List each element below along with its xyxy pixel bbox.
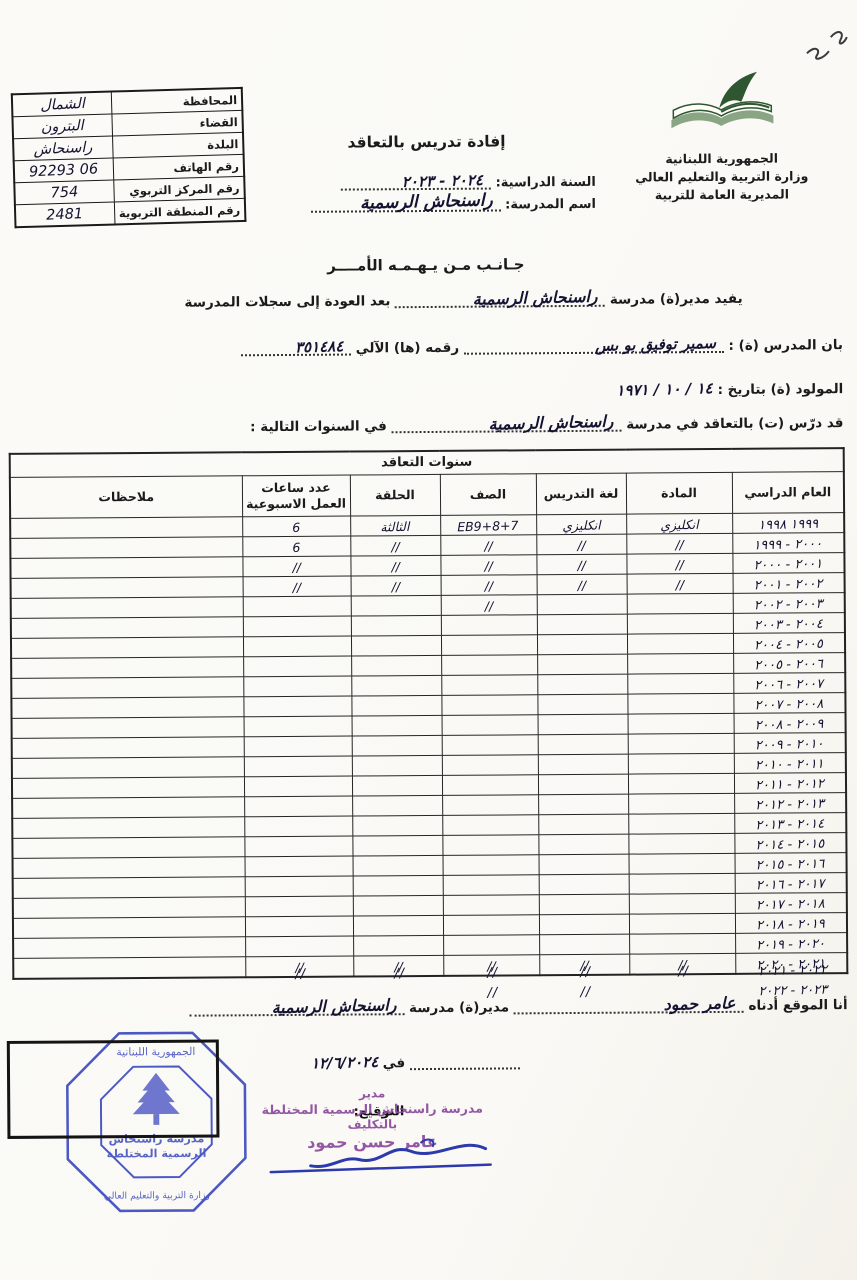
cell-grade: // [440,535,536,556]
cell-grade [443,895,539,916]
info-value: البترون [12,114,112,139]
cell-subject [627,673,733,694]
closing-line: أنا الموقع أدناه عامر حمود مدير(ة) مدرسة… [189,997,847,1018]
closing-school-blank: راسنحاش الرسمية [189,1013,404,1017]
ministry-logo-icon [661,68,782,147]
cell-subject [628,853,734,874]
school-name-label: اسم المدرسة: [505,197,596,213]
p1-prefix: يفيد مدير(ة) مدرسة [610,291,743,308]
cell-language [538,714,628,735]
cell-notes [12,737,244,759]
cell-hours [243,696,351,717]
p4-suffix: في السنوات التالية : [250,418,387,435]
cell-year: ٢٠٠٨ - ٢٠٠٧ [733,693,845,714]
cell-cycle [353,915,443,936]
cell-hours [243,656,351,677]
cell-cycle: الثالثة [350,515,440,536]
contract-table-body: ١٩٩٩ ١٩٩٨انكليزيانكليزيEB9+8+7الثالثة6٢٠… [10,513,847,979]
cell-language [539,854,629,875]
p2-hand-auto-number: ٣٥١٤٨٤ [294,337,343,356]
cell-language [538,814,628,835]
cell-cycle [351,595,441,616]
school-name-blank: راسنحاش الرسمية [311,209,501,212]
cell-hours [245,916,353,937]
cell-year: ٢٠١٥ - ٢٠١٤ [734,833,846,854]
info-value: الشمال [12,92,112,117]
overflow-cell-language: // [540,961,630,981]
cell-subject [627,693,733,714]
cell-year: ٢٠١٩ - ٢٠١٨ [735,913,847,934]
closing-name-blank: عامر حمود [514,1011,744,1015]
cell-subject [629,873,735,894]
cell-notes [12,757,244,779]
cell-year: ٢٠٠٧ - ٢٠٠٦ [733,673,845,694]
cell-grade [441,655,537,676]
cell-language [537,594,627,615]
cell-subject: // [627,573,733,594]
cell-year: ٢٠١٨ - ٢٠١٧ [735,893,847,914]
date-line: في ١٢/٦/٢٠٢٤ [311,1052,520,1071]
ministry-line-1: الجمهورية اللبنانية [602,149,842,169]
cell-year: ٢٠٠٠ - ١٩٩٩ [732,533,844,554]
cell-grade: EB9+8+7 [440,515,536,536]
cell-notes [12,837,244,859]
cell-grade [443,935,539,956]
cell-language [539,914,629,935]
paragraph-line-3: المولود (ة) بتاريخ : ١٤ / ١٠ / ١٩٧١ [616,379,843,399]
p2-prefix: بان المدرس (ة) : [728,337,843,354]
cell-hours: 6 [242,536,350,557]
cell-grade [442,715,538,736]
cell-notes [10,557,242,579]
p3-hand-birth-date: ١٤ / ١٠ / ١٩٧١ [616,379,713,399]
ministry-line-2: وزارة التربية والتعليم العالي [602,167,842,187]
cell-year: ٢٠٠١ - ٢٠٠٠ [732,553,844,574]
cell-subject [627,593,733,614]
overflow-cell-year: ٢٠٢٣ - ٢٠٢٢ [736,979,848,999]
cell-year: ١٩٩٩ ١٩٩٨ [732,513,844,534]
cell-year: ٢٠٠٩ - ٢٠٠٨ [734,713,846,734]
cell-year: ٢٠١٣ - ٢٠١٢ [734,793,846,814]
closing-prefix: أنا الموقع أدناه [748,997,847,1014]
cell-cycle [351,655,441,676]
cell-language [538,834,628,855]
closing-hand-school: راسنحاش الرسمية [271,995,396,1017]
salutation-heading: جـانـب مـن يـهـمـه الأمــــر [0,253,854,277]
info-label: رقم المنطقة التربوية [114,198,245,224]
cell-hours [243,636,351,657]
document-page: المحافظةالشمالالقضاءالبترونالبلدةراسنحاش… [0,0,857,1280]
p2-number-blank: ٣٥١٤٨٤ [241,354,351,357]
cell-cycle: // [350,535,440,556]
cell-grade [443,875,539,896]
cell-subject [629,933,735,954]
cell-notes [11,617,243,639]
cell-hours [244,836,352,857]
col-header-notes: ملاحظات [10,476,242,519]
cell-year: ٢٠١٢ - ٢٠١١ [734,773,846,794]
stamp-bottom-arc-text: وزارة التربية والتعليم العالي [104,1190,210,1202]
cell-notes [12,817,244,839]
cell-grade [441,695,537,716]
p4-blank: راسنحاش الرسمية [392,430,622,434]
cell-hours [244,756,352,777]
cell-hours [245,936,353,957]
cell-notes [11,637,243,659]
cell-subject [628,813,734,834]
cell-language [539,894,629,915]
cell-year: ٢٠٠٢ - ٢٠٠١ [733,573,845,594]
cell-cycle [351,675,441,696]
cell-grade [441,615,537,636]
cell-grade [442,775,538,796]
cell-grade [443,915,539,936]
cell-year: ٢٠١٤ - ٢٠١٣ [734,813,846,834]
date-leader-dots [410,1067,520,1070]
col-header-subject: المادة [626,472,732,514]
p3-label: المولود (ة) بتاريخ : [718,381,844,398]
cell-grade [441,675,537,696]
overflow-cell-grade: // [444,981,540,1001]
school-name-value: راسنحاش الرسمية [360,190,493,213]
cell-notes [11,717,243,739]
document-title: إفادة تدريس بالتعاقد [246,132,606,153]
cell-subject [627,613,733,634]
cell-cycle [353,855,443,876]
cell-year: ٢٠١٦ - ٢٠١٥ [734,853,846,874]
cell-notes [11,677,243,699]
cell-year: ٢٠٠٥ - ٢٠٠٤ [733,633,845,654]
cell-grade [442,835,538,856]
cell-grade [443,855,539,876]
cell-hours [244,796,352,817]
cell-cycle [352,775,442,796]
cell-cycle [353,935,443,956]
cell-language [537,654,627,675]
cell-language [538,754,628,775]
cell-grade [442,815,538,836]
overflow-cell-language: // [540,981,630,1001]
cell-grade: // [441,575,537,596]
cell-year: ٢٠٠٣ - ٢٠٠٢ [733,593,845,614]
col-header-hours: عدد ساعات العمل الاسبوعية [242,475,350,517]
cell-grade: // [441,595,537,616]
cell-subject: // [626,533,732,554]
contract-table-head: سنوات التعاقد العام الدراسي المادة لغة ا… [10,448,845,518]
cell-language: انكليزي [536,514,626,535]
overflow-cell-year: ٢٠٢٢ - ٢٠٢١ [736,959,848,979]
cell-cycle [352,835,442,856]
cell-subject: انكليزي [626,513,732,534]
cell-subject [629,893,735,914]
cell-language: // [536,534,626,555]
cell-language [539,934,629,955]
cell-notes [13,897,245,919]
overflow-cell-grade: // [444,961,540,981]
cell-language [537,634,627,655]
cell-grade [442,755,538,776]
cell-language [537,674,627,695]
date-label: في [383,1055,406,1071]
cell-cycle: // [351,575,441,596]
cell-cycle [351,615,441,636]
cell-grade: // [440,555,536,576]
cell-language: // [536,554,626,575]
closing-mid: مدير(ة) مدرسة [409,999,509,1016]
school-name-line: اسم المدرسة: راسنحاش الرسمية [311,197,597,214]
cell-language [537,694,627,715]
cell-hours: // [242,556,350,577]
cell-subject [628,733,734,754]
p1-blank: راسنحاش الرسمية [395,305,605,308]
info-value: 754 [14,180,114,205]
director-signature [250,1135,500,1187]
cell-language [539,874,629,895]
col-header-year: العام الدراسي [732,472,844,514]
cell-cycle [352,715,442,736]
info-value: راسنحاش [13,136,113,161]
overflow-cell-cycle: // [354,962,444,982]
cell-subject [629,913,735,934]
cell-year: ٢٠١٠ - ٢٠٠٩ [734,733,846,754]
cell-hours [243,616,351,637]
cell-cycle [351,635,441,656]
cell-notes [11,657,243,679]
p2-name-blank: سمير توفيق بو بس [464,351,724,355]
cell-subject [628,773,734,794]
cell-notes [10,517,242,539]
cell-notes [13,917,245,939]
cell-hours: // [243,576,351,597]
cell-hours [245,896,353,917]
school-year-line: السنة الدراسية: ٢٠٢٤ - ٢٠٢٣ [341,175,596,192]
cell-notes [10,537,242,559]
info-table-body: المحافظةالشمالالقضاءالبترونالبلدةراسنحاش… [12,88,246,227]
col-header-cycle: الحلقة [350,474,440,516]
cell-cycle [352,795,442,816]
contract-years-table: سنوات التعاقد العام الدراسي المادة لغة ا… [9,447,849,980]
cell-hours [244,736,352,757]
cell-cycle [352,735,442,756]
paragraph-line-4: قد درّس (ت) بالتعاقد في مدرسة راسنحاش ال… [250,415,843,435]
cell-subject [628,753,734,774]
cell-cycle [353,875,443,896]
cell-hours [245,876,353,897]
col-header-language: لغة التدريس [536,473,626,515]
cell-cycle [353,895,443,916]
scanned-sheet: المحافظةالشمالالقضاءالبترونالبلدةراسنحاش… [0,0,857,1280]
cell-notes [13,937,245,959]
cell-year: ٢٠١١ - ٢٠١٠ [734,753,846,774]
cell-year: ٢٠٢٠ - ٢٠١٩ [735,933,847,954]
ministry-line-3: المديرية العامة للتربية [602,185,842,205]
stamp-middle-line-2: الرسمية المختلطة [107,1147,207,1161]
cell-notes [11,697,243,719]
p2-mid: رقمه (ها) الآلي [356,340,460,357]
cell-subject [628,793,734,814]
school-year-label: السنة الدراسية: [496,175,596,191]
cell-cycle [352,755,442,776]
cell-subject [628,713,734,734]
cell-language [538,774,628,795]
p4-hand-school: راسنحاش الرسمية [488,412,613,434]
col-header-grade: الصف [440,474,536,516]
cell-hours [244,776,352,797]
paragraph-line-2: بان المدرس (ة) : سمير توفيق بو بس رقمه (… [241,337,843,357]
cell-language: // [537,574,627,595]
cell-cycle [351,695,441,716]
cell-language [537,614,627,635]
cell-hours: 6 [242,516,350,537]
info-value: 06 92293 [14,158,114,183]
info-table: المحافظةالشمالالقضاءالبترونالبلدةراسنحاش… [11,87,247,228]
overflow-cell-notes [14,963,246,984]
paragraph-line-1: يفيد مدير(ة) مدرسة راسنحاش الرسمية بعد ا… [184,291,742,311]
cell-year: ٢٠٠٦ - ٢٠٠٥ [733,653,845,674]
cell-subject [628,833,734,854]
stamp-line-school: مدرسة راسنحاش الرسمية المختلطة [242,1100,502,1117]
cell-subject: // [626,553,732,574]
cell-hours [243,676,351,697]
cell-notes [12,777,244,799]
cell-notes [13,877,245,899]
photocopy-frame [7,1039,220,1138]
cell-notes [10,577,242,599]
cell-notes [12,857,244,879]
cell-language [538,734,628,755]
hand-issue-date: ١٢/٦/٢٠٢٤ [310,1053,378,1073]
cell-year: ٢٠١٧ - ٢٠١٦ [735,873,847,894]
p1-suffix: بعد العودة إلى سجلات المدرسة [184,293,390,310]
cell-cycle: // [350,555,440,576]
cell-notes [11,597,243,619]
p2-hand-teacher-name: سمير توفيق بو بس [595,334,716,355]
cell-grade [442,735,538,756]
overflow-cell-hours: // [246,963,354,983]
cell-grade [442,795,538,816]
closing-hand-name: عامر حمود [664,993,736,1014]
cell-language [538,794,628,815]
cell-cycle [352,815,442,836]
cell-hours [244,816,352,837]
cell-hours [244,716,352,737]
info-value: 2481 [15,202,115,227]
cell-hours [245,856,353,877]
cell-subject [627,653,733,674]
cell-subject [627,633,733,654]
cell-grade [441,635,537,656]
cell-hours [243,596,351,617]
overflow-cell-subject: // [630,960,736,980]
school-year-value: ٢٠٢٤ - ٢٠٢٣ [402,171,484,191]
p1-hand-school: راسنحاش الرسمية [472,287,597,309]
p4-prefix: قد درّس (ت) بالتعاقد في مدرسة [626,415,843,433]
ministry-header: الجمهورية اللبنانية وزارة التربية والتعل… [601,67,842,205]
cell-notes [12,797,244,819]
cell-year: ٢٠٠٤ - ٢٠٠٣ [733,613,845,634]
